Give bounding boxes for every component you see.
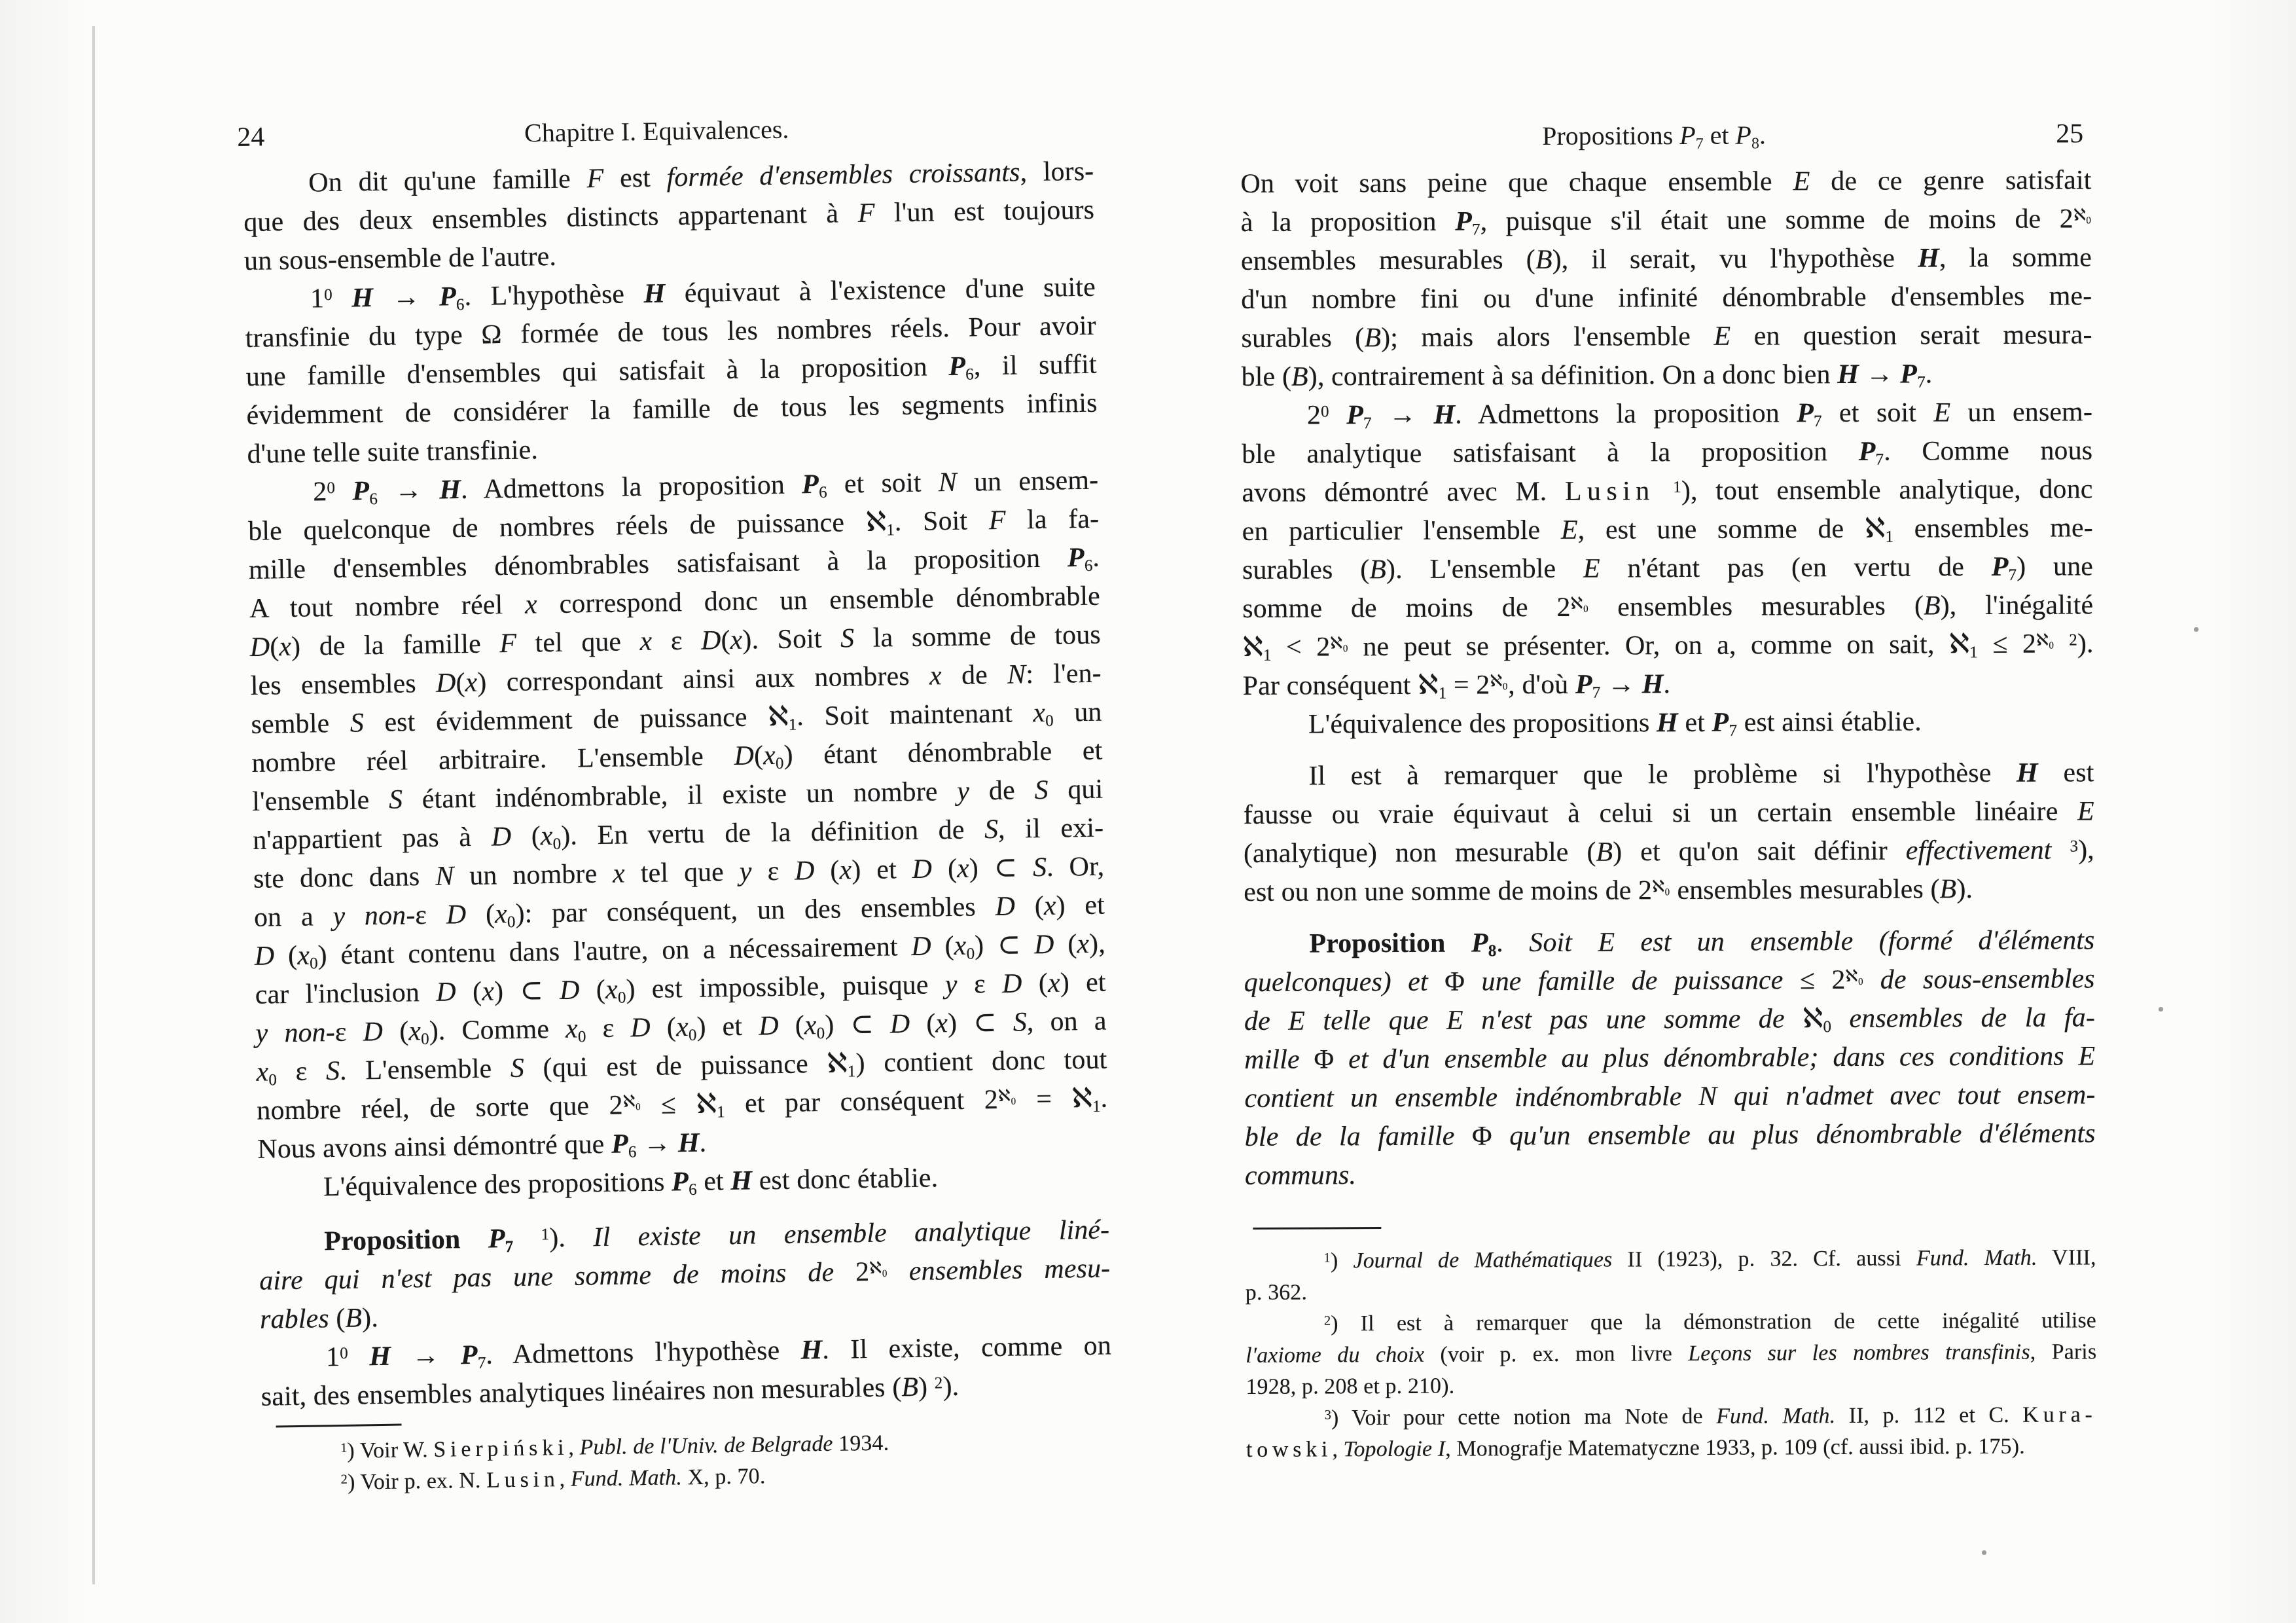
scan-speck xyxy=(2194,627,2198,632)
footnote-rule xyxy=(1253,1227,1381,1230)
text-line: fausse ou vraie équivaut à celui si un c… xyxy=(1243,792,2094,835)
text-line: surables (B); mais alors l'ensemble E en… xyxy=(1241,316,2092,358)
text-line: ℵ1 < 2ℵ₀ ne peut se présenter. Or, on a,… xyxy=(1242,625,2093,667)
text-line: contient un ensemble indénombrable N qui… xyxy=(1244,1076,2095,1118)
footnote-line: 3) Voir pour cette notion ma Note de Fun… xyxy=(1246,1399,2097,1434)
scan-speck xyxy=(1982,1550,1986,1555)
page-24: 24 Chapitre I. Equivalences. On dit qu'u… xyxy=(242,110,1094,155)
footnote-rule xyxy=(276,1424,402,1428)
footnote-line: 2) Il est à remarquer que la démonstrati… xyxy=(1246,1305,2096,1340)
page-25: Propositions P7 et P8. 25 On voit sans p… xyxy=(1240,119,2091,155)
text-line: ble de la famille Φ qu'un ensemble au pl… xyxy=(1245,1114,2096,1157)
scan-gutter-shadow xyxy=(92,26,95,1584)
text-line: est ou non une somme de moins de 2ℵ₀ ens… xyxy=(1244,869,2094,912)
text-line: avons démontré avec M. Lusin 1), tout en… xyxy=(1242,470,2092,513)
text-line: L'équivalence des propositions H et P7 e… xyxy=(1243,702,2094,744)
text-line: somme de moins de 2ℵ₀ ensembles mesurabl… xyxy=(1242,586,2093,629)
text-line: ensembles mesurables (B), il serait, vu … xyxy=(1241,238,2092,281)
text-line: quelconques) et Φ une famille de puissan… xyxy=(1244,960,2095,1002)
footnote-line: 1) Journal de Mathématiques II (1923), p… xyxy=(1245,1242,2096,1277)
text-line: de E telle que E n'est pas une somme de … xyxy=(1244,998,2095,1041)
book-scan: 24 Chapitre I. Equivalences. On dit qu'u… xyxy=(0,0,2296,1623)
text-line: communs. xyxy=(1245,1153,2096,1195)
page-24-header: 24 Chapitre I. Equivalences. xyxy=(242,110,1094,155)
page-number: 25 xyxy=(2056,119,2083,149)
text-line: ble analytique satisfaisant à la proposi… xyxy=(1242,431,2092,474)
text-line: On voit sans peine que chaque ensemble E… xyxy=(1240,161,2091,204)
page-25-body: On voit sans peine que chaque ensemble E… xyxy=(1240,161,2096,1195)
footnote-line: l'axiome du choix (voir p. ex. mon livre… xyxy=(1246,1336,2096,1372)
running-head: Chapitre I. Equivalences. xyxy=(231,110,1083,153)
page-25-header: Propositions P7 et P8. 25 xyxy=(1240,119,2091,155)
text-line: surables (B). L'ensemble E n'étant pas (… xyxy=(1242,547,2093,590)
scan-speck xyxy=(2159,1007,2163,1012)
page-24-footnotes: 1) Voir W. Sierpiński, Publ. de l'Univ. … xyxy=(262,1424,1113,1499)
page-25-footnotes: 1) Journal de Mathématiques II (1923), p… xyxy=(1245,1242,2096,1466)
text-line: d'un nombre fini ou d'une infinité dénom… xyxy=(1241,277,2092,319)
text-line: Proposition P8. Soit E est un ensemble (… xyxy=(1244,921,2094,964)
footnote-line: 1928, p. 208 et p. 210). xyxy=(1246,1368,2096,1403)
text-line: 20 P7 → H. Admettons la proposition P7 e… xyxy=(1242,393,2092,435)
running-head: Propositions P7 et P8. xyxy=(1229,119,2079,153)
text-line: ble (B), contrairement à sa définition. … xyxy=(1242,354,2092,397)
text-line: Il est à remarquer que le problème si l'… xyxy=(1243,754,2094,796)
text-line: Par conséquent ℵ1 = 2ℵ₀, d'où P7 → H. xyxy=(1243,663,2094,706)
page-24-body: On dit qu'une famille F est formée d'ens… xyxy=(243,153,1112,1417)
footnote-line: p. 362. xyxy=(1246,1273,2096,1309)
text-line: en particulier l'ensemble E, est une som… xyxy=(1242,509,2093,551)
text-line: à la proposition P7, puisque s'il était … xyxy=(1241,200,2092,242)
text-line: mille Φ et d'un ensemble au plus dénombr… xyxy=(1244,1037,2095,1080)
footnote-line: towski, Topologie I, Monografje Matematy… xyxy=(1246,1431,2097,1466)
text-line: (analytique) non mesurable (B) et qu'on … xyxy=(1244,831,2094,873)
